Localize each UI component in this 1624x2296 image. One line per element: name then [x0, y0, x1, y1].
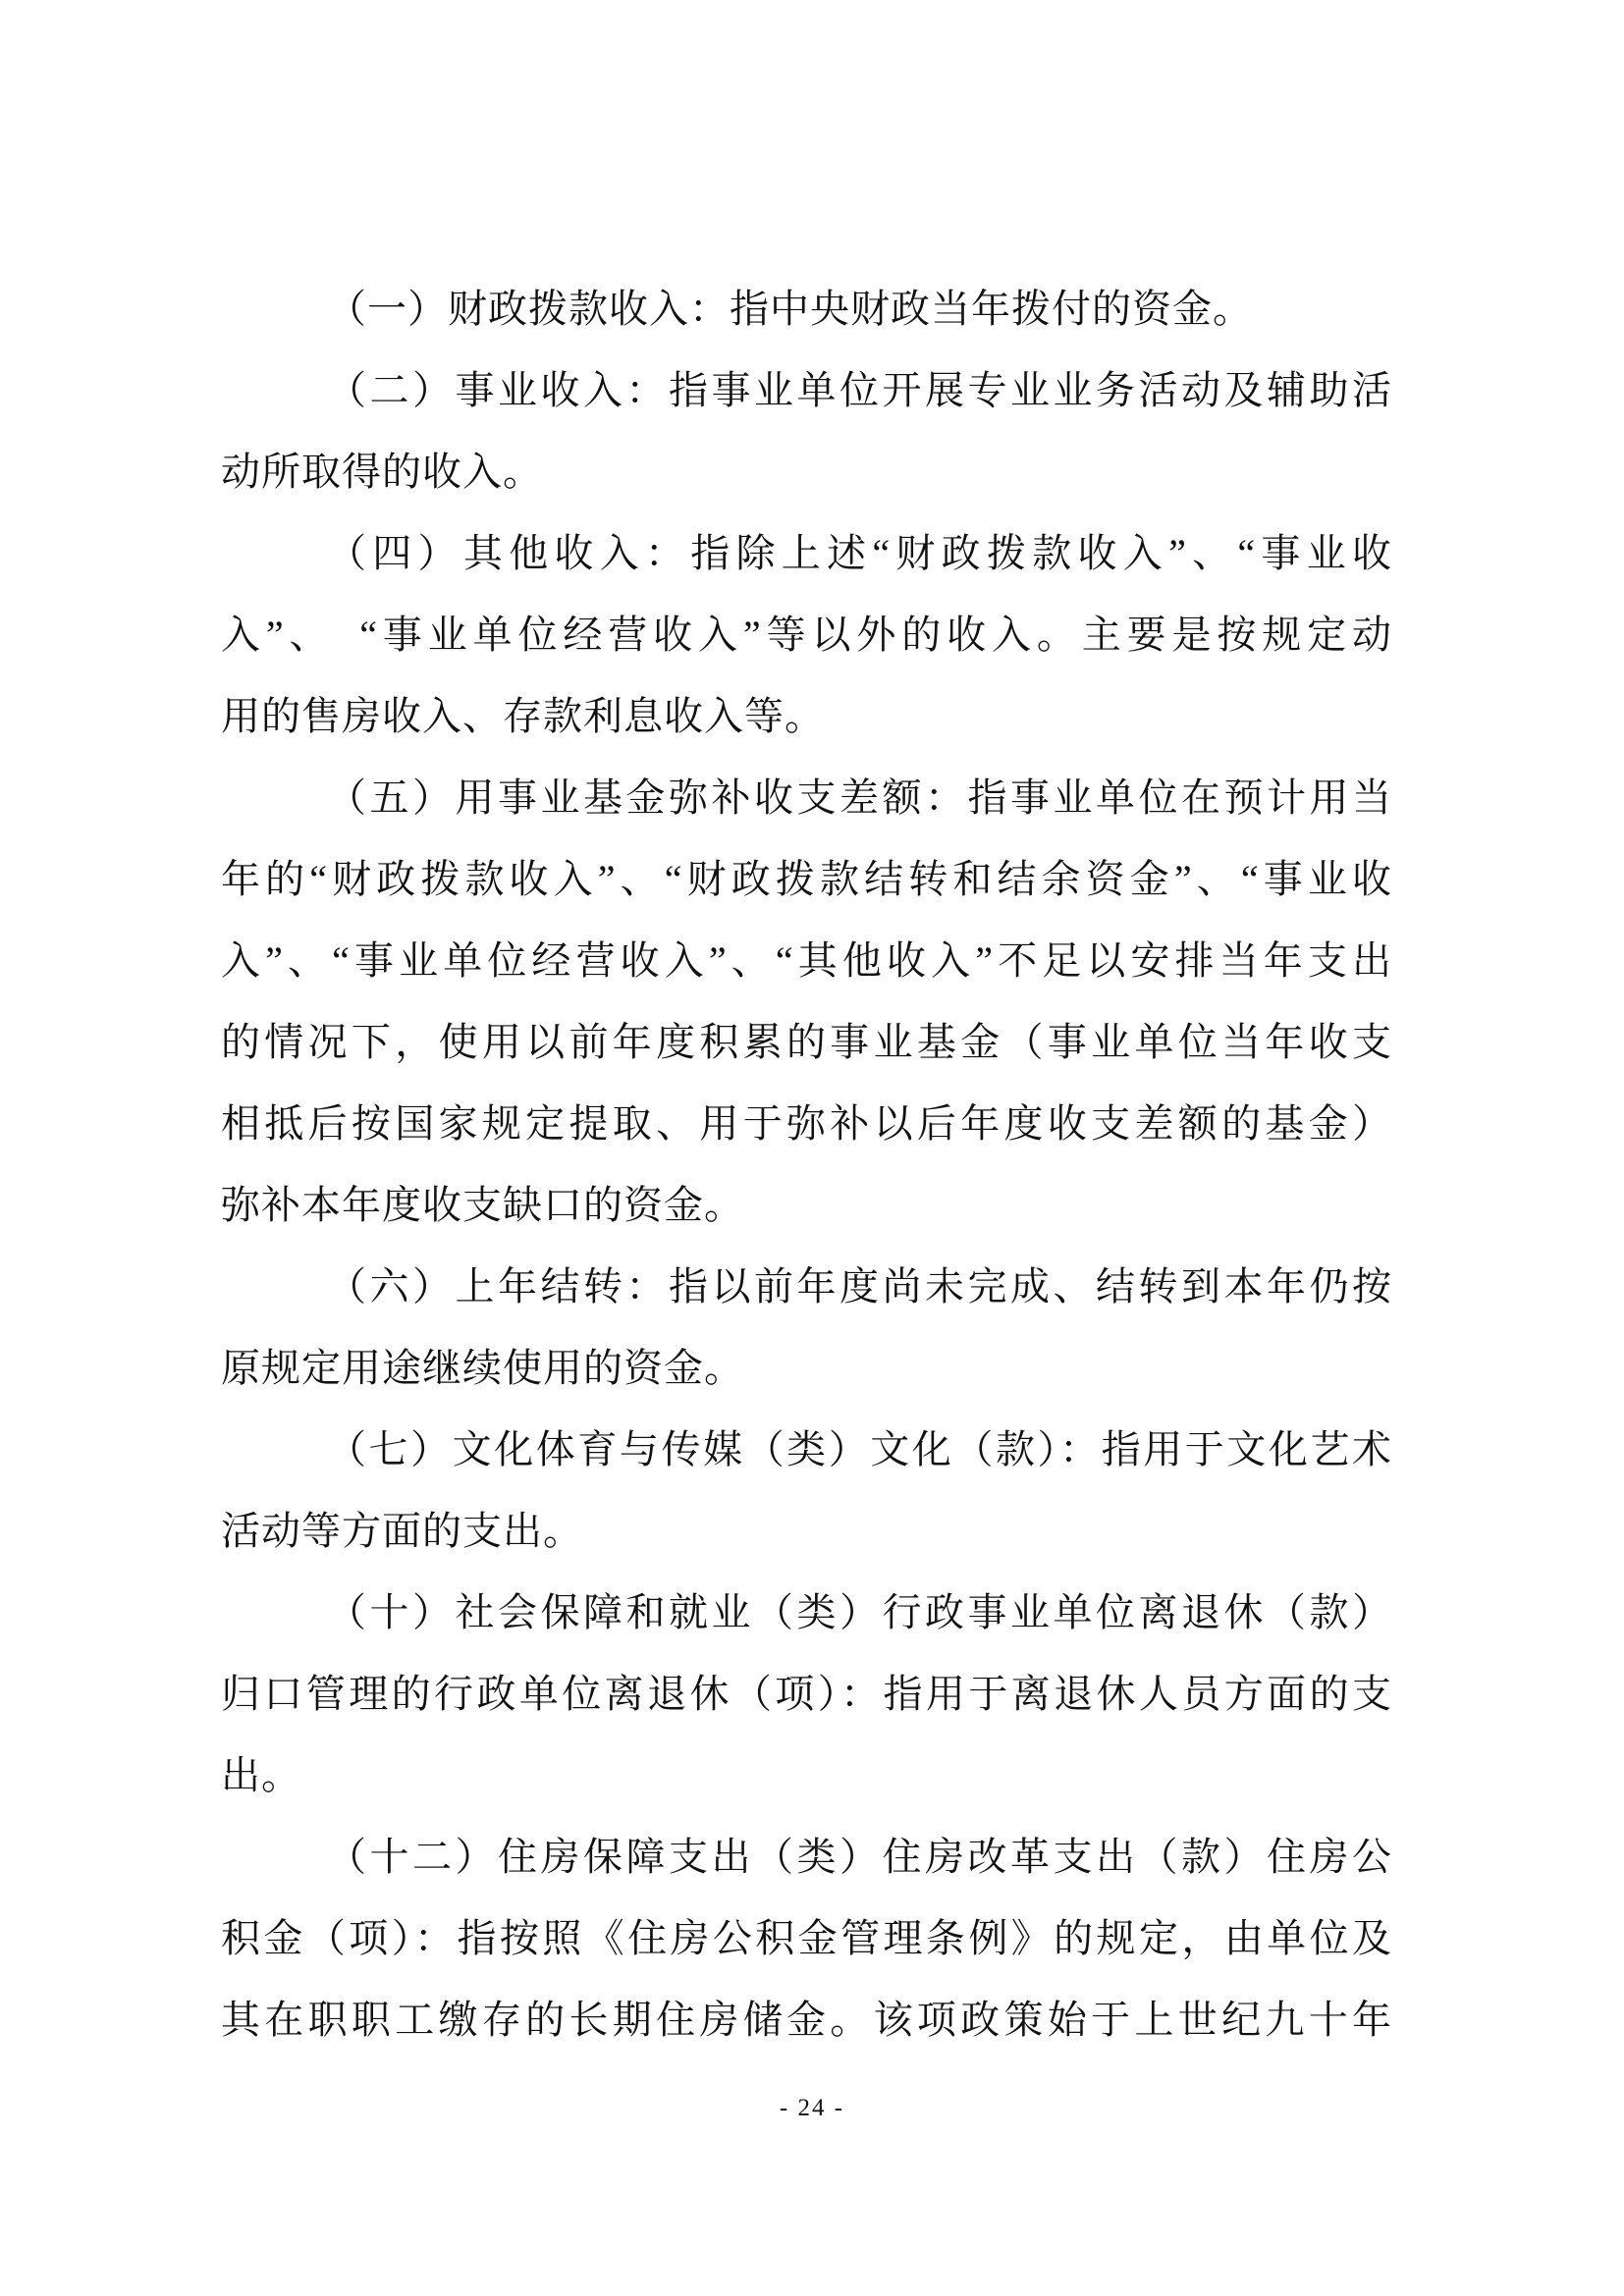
paragraph-5-line-2: 原规定用途继续使用的资金。: [221, 1327, 1392, 1409]
page-footer: - 24 -: [0, 2089, 1624, 2128]
paragraph-4-line-3: 入”、“事业单位经营收入”、“其他收入”不足以安排当年支出: [221, 920, 1392, 1001]
paragraph-4-line-4: 的情况下，使用以前年度积累的事业基金（事业单位当年收支: [221, 1001, 1392, 1083]
paragraph-2-line-1: （二）事业收入：指事业单位开展专业业务活动及辅助活: [221, 349, 1392, 431]
paragraph-1-line-1: （一）财政拨款收入：指中央财政当年拨付的资金。: [221, 268, 1392, 349]
paragraph-2-line-2: 动所取得的收入。: [221, 431, 1392, 512]
paragraph-4-line-2: 年的“财政拨款收入”、“财政拨款结转和结余资金”、“事业收: [221, 838, 1392, 920]
paragraph-3-line-1: （四）其他收入：指除上述“财政拨款收入”、“事业收: [221, 512, 1392, 594]
paragraph-5-line-1: （六）上年结转：指以前年度尚未完成、结转到本年仍按: [221, 1246, 1392, 1327]
paragraph-8-line-3: 其在职职工缴存的长期住房储金。该项政策始于上世纪九十年: [221, 1979, 1392, 2060]
paragraph-8-line-2: 积金（项）：指按照《住房公积金管理条例》的规定，由单位及: [221, 1897, 1392, 1979]
paragraph-3-line-3: 用的售房收入、存款利息收入等。: [221, 675, 1392, 757]
page-number: - 24 -: [780, 2095, 844, 2121]
paragraph-4-line-1: （五）用事业基金弥补收支差额：指事业单位在预计用当: [221, 757, 1392, 838]
paragraph-8-line-1: （十二）住房保障支出（类）住房改革支出（款）住房公: [221, 1816, 1392, 1897]
paragraph-4-line-6: 弥补本年度收支缺口的资金。: [221, 1164, 1392, 1246]
document-body: （一）财政拨款收入：指中央财政当年拨付的资金。 （二）事业收入：指事业单位开展专…: [221, 268, 1392, 2060]
paragraph-3-line-2: 入”、 “事业单位经营收入”等以外的收入。主要是按规定动: [221, 594, 1392, 675]
paragraph-7-line-2: 归口管理的行政单位离退休（项）：指用于离退休人员方面的支: [221, 1653, 1392, 1735]
paragraph-4-line-5: 相抵后按国家规定提取、用于弥补以后年度收支差额的基金）: [221, 1083, 1392, 1164]
paragraph-6-line-1: （七）文化体育与传媒（类）文化（款）：指用于文化艺术: [221, 1409, 1392, 1490]
paragraph-7-line-1: （十）社会保障和就业（类）行政事业单位离退休（款）: [221, 1572, 1392, 1653]
document-page: （一）财政拨款收入：指中央财政当年拨付的资金。 （二）事业收入：指事业单位开展专…: [0, 0, 1624, 2296]
paragraph-7-line-3: 出。: [221, 1735, 1392, 1816]
paragraph-6-line-2: 活动等方面的支出。: [221, 1490, 1392, 1572]
